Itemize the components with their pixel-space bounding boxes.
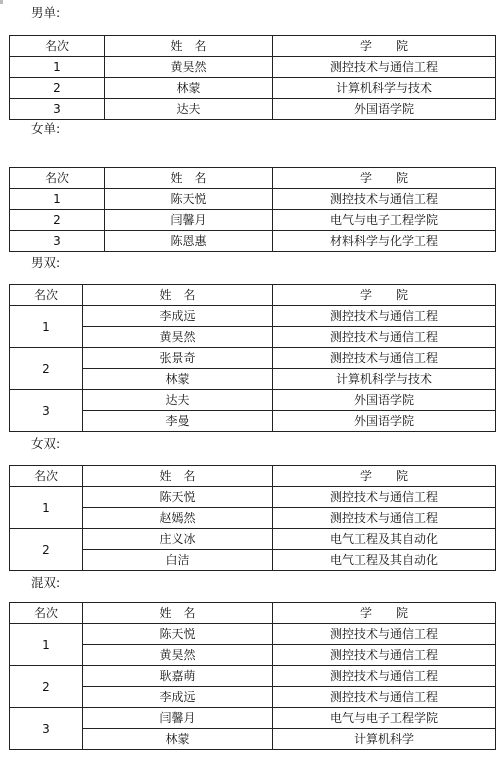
table-row: 3 闫馨月 电气与电子工程学院 <box>10 708 496 729</box>
table-row: 1 陈天悦 测控技术与通信工程 <box>10 189 496 210</box>
table-row: 林蒙 计算机科学 <box>10 729 496 750</box>
college-cell: 外国语学院 <box>273 99 496 120</box>
table-header-row: 名次 姓 名 学 院 <box>10 285 496 306</box>
womens-doubles-table: 名次 姓 名 学 院 1 陈天悦 测控技术与通信工程 赵嫣然 测控技术与通信工程… <box>9 465 496 571</box>
college-cell: 测控技术与通信工程 <box>273 508 496 529</box>
table-row: 2 庄义冰 电气工程及其自动化 <box>10 529 496 550</box>
table-row: 1 陈天悦 测控技术与通信工程 <box>10 487 496 508</box>
table-header-row: 名次 姓 名 学 院 <box>10 36 496 57</box>
rank-cell: 3 <box>10 231 105 252</box>
name-cell: 陈恩惠 <box>105 231 273 252</box>
college-cell: 测控技术与通信工程 <box>273 645 496 666</box>
name-cell: 陈天悦 <box>83 624 273 645</box>
name-cell: 李曼 <box>83 411 273 432</box>
table-header-row: 名次 姓 名 学 院 <box>10 168 496 189</box>
name-cell: 赵嫣然 <box>83 508 273 529</box>
name-cell: 林蒙 <box>83 369 273 390</box>
college-cell: 电气工程及其自动化 <box>273 550 496 571</box>
name-cell: 白洁 <box>83 550 273 571</box>
rank-cell: 1 <box>10 487 83 529</box>
table-row: 林蒙 计算机科学与技术 <box>10 369 496 390</box>
header-college: 学 院 <box>273 36 496 57</box>
section-title-mens-doubles: 男双: <box>31 255 60 271</box>
table-row: 2 耿嘉萌 测控技术与通信工程 <box>10 666 496 687</box>
college-cell: 测控技术与通信工程 <box>273 57 496 78</box>
header-name: 姓 名 <box>83 466 273 487</box>
rank-cell: 2 <box>10 666 83 708</box>
name-cell: 李成远 <box>83 306 273 327</box>
table-row: 1 陈天悦 测控技术与通信工程 <box>10 624 496 645</box>
college-cell: 计算机科学与技术 <box>273 78 496 99</box>
college-cell: 测控技术与通信工程 <box>273 687 496 708</box>
table-row: 2 林蒙 计算机科学与技术 <box>10 78 496 99</box>
table-row: 李成远 测控技术与通信工程 <box>10 687 496 708</box>
name-cell: 黄昊然 <box>83 327 273 348</box>
rank-cell: 2 <box>10 529 83 571</box>
mixed-doubles-table: 名次 姓 名 学 院 1 陈天悦 测控技术与通信工程 黄昊然 测控技术与通信工程… <box>9 602 496 750</box>
name-cell: 林蒙 <box>105 78 273 99</box>
name-cell: 林蒙 <box>83 729 273 750</box>
name-cell: 庄义冰 <box>83 529 273 550</box>
name-cell: 陈天悦 <box>83 487 273 508</box>
college-cell: 电气工程及其自动化 <box>273 529 496 550</box>
table-header-row: 名次 姓 名 学 院 <box>10 603 496 624</box>
page-corner-mark <box>0 0 3 4</box>
college-cell: 测控技术与通信工程 <box>273 666 496 687</box>
college-cell: 材料科学与化学工程 <box>273 231 496 252</box>
header-name: 姓 名 <box>105 168 273 189</box>
name-cell: 李成远 <box>83 687 273 708</box>
rank-cell: 3 <box>10 99 105 120</box>
name-cell: 张景奇 <box>83 348 273 369</box>
header-rank: 名次 <box>10 466 83 487</box>
header-college: 学 院 <box>273 168 496 189</box>
mens-doubles-table: 名次 姓 名 学 院 1 李成远 测控技术与通信工程 黄昊然 测控技术与通信工程… <box>9 284 496 432</box>
rank-cell: 3 <box>10 708 83 750</box>
name-cell: 黄昊然 <box>105 57 273 78</box>
womens-singles-table: 名次 姓 名 学 院 1 陈天悦 测控技术与通信工程 2 闫馨月 电气与电子工程… <box>9 167 496 252</box>
name-cell: 达夫 <box>105 99 273 120</box>
college-cell: 外国语学院 <box>273 390 496 411</box>
rank-cell: 1 <box>10 57 105 78</box>
table-header-row: 名次 姓 名 学 院 <box>10 466 496 487</box>
header-rank: 名次 <box>10 603 83 624</box>
header-name: 姓 名 <box>83 603 273 624</box>
college-cell: 计算机科学与技术 <box>273 369 496 390</box>
header-rank: 名次 <box>10 168 105 189</box>
header-rank: 名次 <box>10 285 83 306</box>
rank-cell: 2 <box>10 348 83 390</box>
header-rank: 名次 <box>10 36 105 57</box>
table-row: 赵嫣然 测控技术与通信工程 <box>10 508 496 529</box>
college-cell: 测控技术与通信工程 <box>273 327 496 348</box>
name-cell: 陈天悦 <box>105 189 273 210</box>
section-title-mens-singles: 男单: <box>31 5 60 21</box>
table-row: 白洁 电气工程及其自动化 <box>10 550 496 571</box>
rank-cell: 3 <box>10 390 83 432</box>
header-college: 学 院 <box>273 603 496 624</box>
rank-cell: 1 <box>10 624 83 666</box>
rank-cell: 1 <box>10 189 105 210</box>
name-cell: 黄昊然 <box>83 645 273 666</box>
table-row: 3 达夫 外国语学院 <box>10 390 496 411</box>
header-name: 姓 名 <box>105 36 273 57</box>
college-cell: 测控技术与通信工程 <box>273 189 496 210</box>
college-cell: 外国语学院 <box>273 411 496 432</box>
table-row: 3 陈恩惠 材料科学与化学工程 <box>10 231 496 252</box>
table-row: 李曼 外国语学院 <box>10 411 496 432</box>
header-college: 学 院 <box>273 285 496 306</box>
rank-cell: 2 <box>10 78 105 99</box>
college-cell: 测控技术与通信工程 <box>273 306 496 327</box>
header-college: 学 院 <box>273 466 496 487</box>
rank-cell: 1 <box>10 306 83 348</box>
table-row: 3 达夫 外国语学院 <box>10 99 496 120</box>
section-title-womens-doubles: 女双: <box>31 436 60 452</box>
college-cell: 电气与电子工程学院 <box>273 210 496 231</box>
table-row: 黄昊然 测控技术与通信工程 <box>10 645 496 666</box>
college-cell: 测控技术与通信工程 <box>273 348 496 369</box>
table-row: 黄昊然 测控技术与通信工程 <box>10 327 496 348</box>
rank-cell: 2 <box>10 210 105 231</box>
header-name: 姓 名 <box>83 285 273 306</box>
section-title-mixed-doubles: 混双: <box>31 575 60 591</box>
table-row: 1 李成远 测控技术与通信工程 <box>10 306 496 327</box>
college-cell: 电气与电子工程学院 <box>273 708 496 729</box>
college-cell: 测控技术与通信工程 <box>273 624 496 645</box>
name-cell: 闫馨月 <box>105 210 273 231</box>
table-row: 2 张景奇 测控技术与通信工程 <box>10 348 496 369</box>
table-row: 1 黄昊然 测控技术与通信工程 <box>10 57 496 78</box>
section-title-womens-singles: 女单: <box>31 121 60 137</box>
name-cell: 闫馨月 <box>83 708 273 729</box>
name-cell: 达夫 <box>83 390 273 411</box>
table-row: 2 闫馨月 电气与电子工程学院 <box>10 210 496 231</box>
mens-singles-table: 名次 姓 名 学 院 1 黄昊然 测控技术与通信工程 2 林蒙 计算机科学与技术… <box>9 35 496 120</box>
college-cell: 计算机科学 <box>273 729 496 750</box>
name-cell: 耿嘉萌 <box>83 666 273 687</box>
college-cell: 测控技术与通信工程 <box>273 487 496 508</box>
